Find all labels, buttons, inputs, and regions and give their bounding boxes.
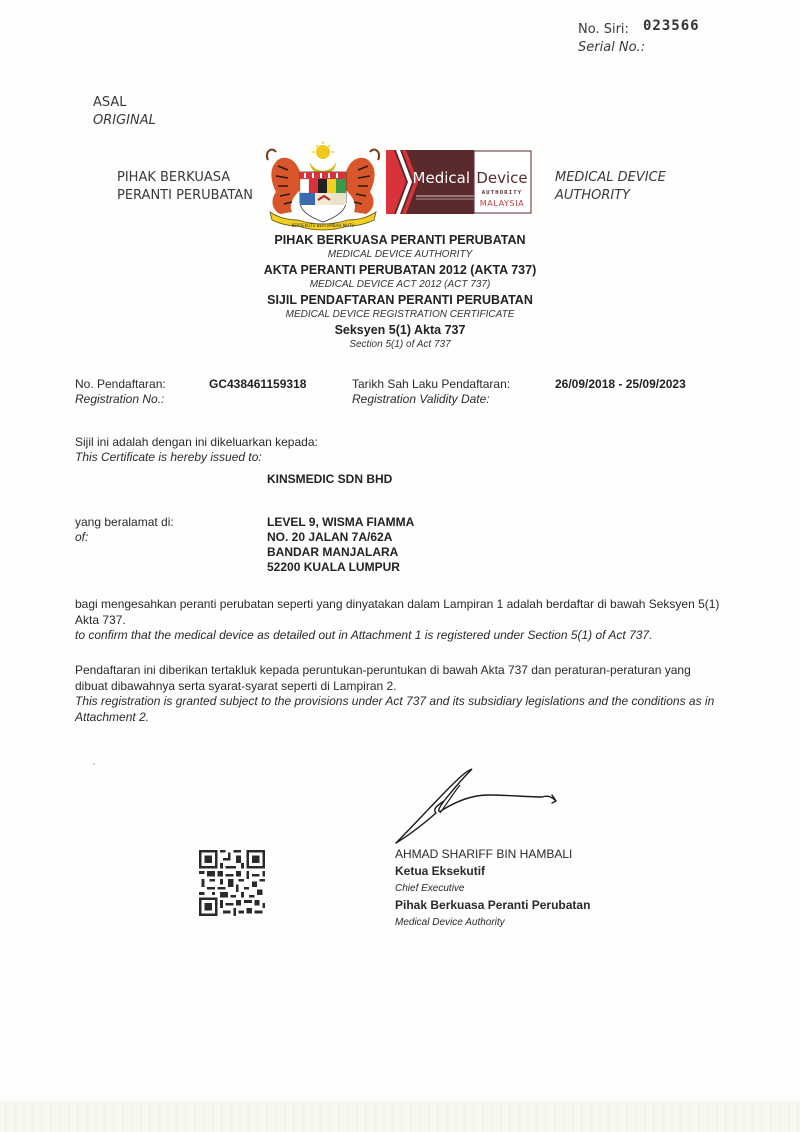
signatory-title-en: Chief Executive: [395, 880, 590, 897]
company-name: KINSMEDIC SDN BHD: [267, 472, 392, 487]
signatory-org-en: Medical Device Authority: [395, 914, 590, 931]
registration-number-label-ms: No. Pendaftaran:: [75, 377, 166, 392]
conditions-paragraph: Pendaftaran ini diberikan tertakluk kepa…: [75, 663, 725, 725]
serial-label-en: Serial No.:: [578, 40, 645, 55]
signatory-block: AHMAD SHARIFF BIN HAMBALI Ketua Eksekuti…: [395, 846, 590, 931]
heading-authority-en: MEDICAL DEVICE AUTHORITY: [0, 248, 800, 262]
malaysia-coat-of-arms-icon: BERSEKUTU BERTAMBAH MUTU: [262, 140, 384, 232]
scan-artifact-band: [0, 1101, 800, 1132]
registration-number: GC438461159318: [209, 377, 306, 392]
registration-number-label: No. Pendaftaran: Registration No.:: [75, 377, 166, 407]
confirmation-en: to confirm that the medical device as de…: [75, 628, 725, 644]
copy-type-en: ORIGINAL: [93, 113, 156, 128]
address-line: LEVEL 9, WISMA FIAMMA: [267, 515, 414, 530]
qr-code-icon: [199, 850, 265, 916]
signatory-title-ms: Ketua Eksekutif: [395, 863, 590, 880]
heading-cert-en: MEDICAL DEVICE REGISTRATION CERTIFICATE: [0, 308, 800, 322]
svg-text:Device: Device: [476, 169, 527, 187]
medical-device-authority-logo: Medical Device AUTHORITY MALAYSIA: [386, 150, 532, 214]
issued-to-label: Sijil ini adalah dengan ini dikeluarkan …: [75, 435, 318, 465]
heading-authority-ms: PIHAK BERKUASA PERANTI PERUBATAN: [0, 232, 800, 248]
svg-text:Medical: Medical: [413, 169, 470, 187]
heading-act-ms: AKTA PERANTI PERUBATAN 2012 (AKTA 737): [0, 262, 800, 278]
registration-number-label-en: Registration No.:: [75, 392, 166, 407]
confirmation-paragraph: bagi mengesahkan peranti perubatan seper…: [75, 597, 725, 644]
heading-section-ms: Seksyen 5(1) Akta 737: [0, 322, 800, 338]
authority-name-en: MEDICAL DEVICE AUTHORITY: [555, 169, 666, 205]
heading-cert-ms: SIJIL PENDAFTARAN PERANTI PERUBATAN: [0, 292, 800, 308]
address-line: 52200 KUALA LUMPUR: [267, 560, 414, 575]
address-line: BANDAR MANJALARA: [267, 545, 414, 560]
address-label-ms: yang beralamat di:: [75, 515, 174, 530]
serial-number: 023566: [643, 18, 700, 34]
issued-to-label-en: This Certificate is hereby issued to:: [75, 450, 318, 465]
signatory-org-ms: Pihak Berkuasa Peranti Perubatan: [395, 897, 590, 914]
svg-text:BERSEKUTU BERTAMBAH MUTU: BERSEKUTU BERTAMBAH MUTU: [292, 223, 355, 228]
validity-date: 26/09/2018 - 25/09/2023: [555, 377, 686, 392]
authority-ms-line2: PERANTI PERUBATAN: [117, 187, 253, 205]
scan-speck: [93, 763, 95, 765]
serial-label-ms: No. Siri:: [578, 22, 629, 37]
address-label-en: of:: [75, 530, 174, 545]
validity-label-ms: Tarikh Sah Laku Pendaftaran:: [352, 377, 510, 392]
heading-section-en: Section 5(1) of Act 737: [0, 338, 800, 352]
authority-en-line2: AUTHORITY: [555, 187, 666, 205]
signatory-name: AHMAD SHARIFF BIN HAMBALI: [395, 846, 590, 863]
svg-text:AUTHORITY: AUTHORITY: [482, 190, 523, 196]
svg-text:MALAYSIA: MALAYSIA: [480, 199, 524, 208]
confirmation-ms: bagi mengesahkan peranti perubatan seper…: [75, 597, 725, 628]
certificate-heading: PIHAK BERKUASA PERANTI PERUBATAN MEDICAL…: [0, 232, 800, 352]
conditions-en: This registration is granted subject to …: [75, 694, 725, 725]
issued-to-label-ms: Sijil ini adalah dengan ini dikeluarkan …: [75, 435, 318, 450]
signature-icon: [392, 765, 567, 847]
heading-act-en: MEDICAL DEVICE ACT 2012 (ACT 737): [0, 278, 800, 292]
authority-name-ms: PIHAK BERKUASA PERANTI PERUBATAN: [117, 169, 253, 205]
address-label: yang beralamat di: of:: [75, 515, 174, 545]
address-line: NO. 20 JALAN 7A/62A: [267, 530, 414, 545]
validity-label-en: Registration Validity Date:: [352, 392, 510, 407]
authority-ms-line1: PIHAK BERKUASA: [117, 169, 253, 187]
conditions-ms: Pendaftaran ini diberikan tertakluk kepa…: [75, 663, 725, 694]
copy-type-ms: ASAL: [93, 95, 127, 110]
address-block: LEVEL 9, WISMA FIAMMA NO. 20 JALAN 7A/62…: [267, 515, 414, 575]
validity-label: Tarikh Sah Laku Pendaftaran: Registratio…: [352, 377, 510, 407]
authority-en-line1: MEDICAL DEVICE: [555, 169, 666, 187]
